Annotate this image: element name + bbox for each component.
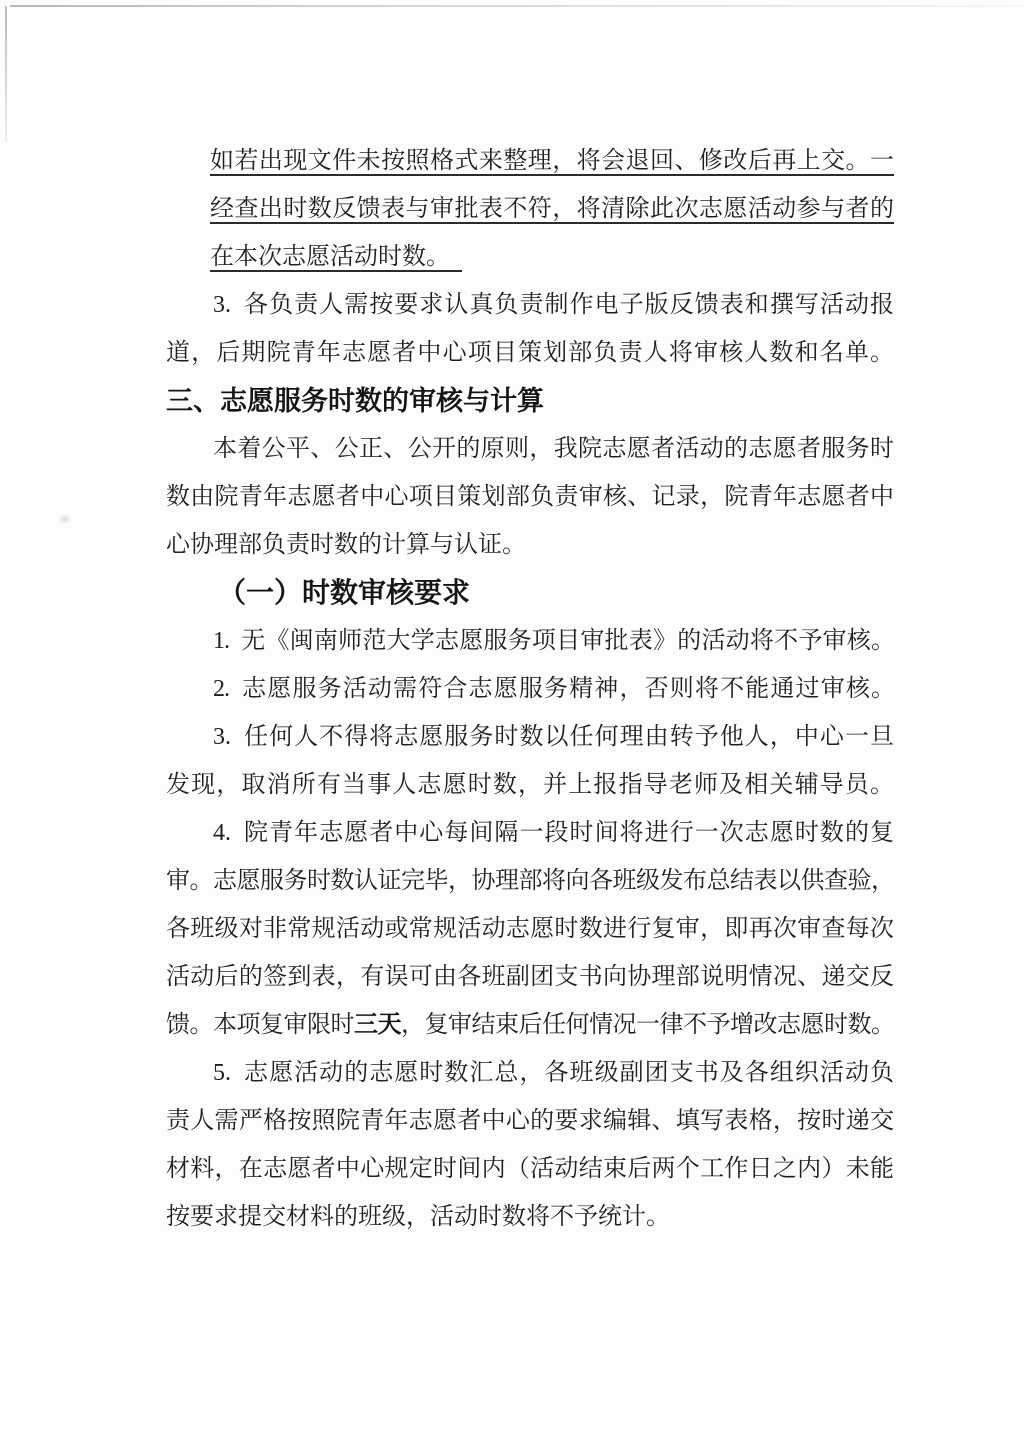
paragraph-line: 5. 志愿活动的志愿时数汇总，各班级副团支书及各组织活动负 [166,1049,894,1097]
text-segment: 5. 志愿活动的志愿时数汇总，各班级副团支书及各组织活动负 [213,1060,894,1086]
text-segment: 在本次志愿活动时数。 [210,244,462,270]
paragraph-line: 活动后的签到表，有误可由各班副团支书向协理部说明情况、递交反 [166,953,894,1001]
document-page: 如若出现文件未按照格式来整理，将会退回、修改后再上交。一经查出时数反馈表与审批表… [0,0,1024,1448]
paragraph-line: 3. 各负责人需按要求认真负责制作电子版反馈表和撰写活动报 [166,281,894,329]
paragraph-line: 馈。本项复审限时三天，复审结束后任何情况一律不予增改志愿时数。 [166,1001,894,1049]
underlined-clause-line: 如若出现文件未按照格式来整理，将会退回、修改后再上交。一 [210,137,894,185]
text-segment: 活动后的签到表，有误可由各班副团支书向协理部说明情况、递交反 [166,964,894,990]
text-segment: 2. 志愿服务活动需符合志愿服务精神，否则将不能通过审核。 [213,676,894,702]
text-segment: 4. 院青年志愿者中心每间隔一段时间将进行一次志愿时数的复 [213,820,894,846]
text-segment: 1. 无《闽南师范大学志愿服务项目审批表》的活动将不予审核。 [213,628,894,654]
paragraph-line: 各班级对非常规活动或常规活动志愿时数进行复审，即再次审查每次 [166,905,894,953]
scan-edge-left [5,6,7,142]
text-segment: 三、志愿服务时数的审核与计算 [166,386,544,416]
scan-smudge [58,514,72,524]
text-segment: 本着公平、公正、公开的原则，我院志愿者活动的志愿者服务时 [213,436,894,462]
paragraph-line: 本着公平、公正、公开的原则，我院志愿者活动的志愿者服务时 [166,425,894,473]
paragraph-line: 3. 任何人不得将志愿服务时数以任何理由转予他人，中心一旦 [166,713,894,761]
text-segment: 审。志愿服务时数认证完毕，协理部将向各班级发布总结表以供查验， [166,868,894,894]
subsection-heading: （一）时数审核要求 [166,569,894,617]
underlined-clause-line: 在本次志愿活动时数。 [210,233,894,281]
paragraph-line: 按要求提交材料的班级，活动时数将不予统计。 [166,1193,894,1241]
text-segment: 数由院青年志愿者中心项目策划部负责审核、记录，院青年志愿者中 [166,484,894,510]
paragraph-line: 责人需严格按照院青年志愿者中心的要求编辑、填写表格，按时递交 [166,1097,894,1145]
paragraph-line: 审。志愿服务时数认证完毕，协理部将向各班级发布总结表以供查验， [166,857,894,905]
text-segment: 如若出现文件未按照格式来整理，将会退回、修改后再上交。一 [210,148,894,174]
underlined-clause-line: 经查出时数反馈表与审批表不符，将清除此次志愿活动参与者的 [210,185,894,233]
text-segment: 按要求提交材料的班级，活动时数将不予统计。 [166,1204,670,1230]
text-segment: 心协理部负责时数的计算与认证。 [166,532,526,558]
text-segment: 馈。本项复审限时 [166,1012,354,1038]
text-segment: 发现，取消所有当事人志愿时数，并上报指导老师及相关辅导员。 [166,772,894,798]
paragraph-line: 1. 无《闽南师范大学志愿服务项目审批表》的活动将不予审核。 [166,617,894,665]
section-heading: 三、志愿服务时数的审核与计算 [166,377,894,425]
text-segment: 3. 各负责人需按要求认真负责制作电子版反馈表和撰写活动报 [213,292,894,318]
text-segment: （一）时数审核要求 [218,577,470,608]
scan-edge-top [10,5,1024,7]
text-segment: 责人需严格按照院青年志愿者中心的要求编辑、填写表格，按时递交 [166,1108,894,1134]
paragraph-line: 发现，取消所有当事人志愿时数，并上报指导老师及相关辅导员。 [166,761,894,809]
text-segment: 各班级对非常规活动或常规活动志愿时数进行复审，即再次审查每次 [166,916,894,942]
paragraph-line: 2. 志愿服务活动需符合志愿服务精神，否则将不能通过审核。 [166,665,894,713]
text-segment: 经查出时数反馈表与审批表不符，将清除此次志愿活动参与者的 [210,196,894,222]
text-segment: 3. 任何人不得将志愿服务时数以任何理由转予他人，中心一旦 [213,724,894,750]
bold-emphasis: 三天 [354,1011,401,1038]
document-text-body: 如若出现文件未按照格式来整理，将会退回、修改后再上交。一经查出时数反馈表与审批表… [166,137,894,1241]
text-segment: 道，后期院青年志愿者中心项目策划部负责人将审核人数和名单。 [166,340,894,366]
text-segment: ，复审结束后任何情况一律不予增改志愿时数。 [401,1012,894,1038]
paragraph-line: 数由院青年志愿者中心项目策划部负责审核、记录，院青年志愿者中 [166,473,894,521]
paragraph-line: 道，后期院青年志愿者中心项目策划部负责人将审核人数和名单。 [166,329,894,377]
paragraph-line: 4. 院青年志愿者中心每间隔一段时间将进行一次志愿时数的复 [166,809,894,857]
paragraph-line: 材料，在志愿者中心规定时间内（活动结束后两个工作日之内）未能 [166,1145,894,1193]
text-segment: 材料，在志愿者中心规定时间内（活动结束后两个工作日之内）未能 [166,1156,894,1182]
paragraph-line: 心协理部负责时数的计算与认证。 [166,521,894,569]
